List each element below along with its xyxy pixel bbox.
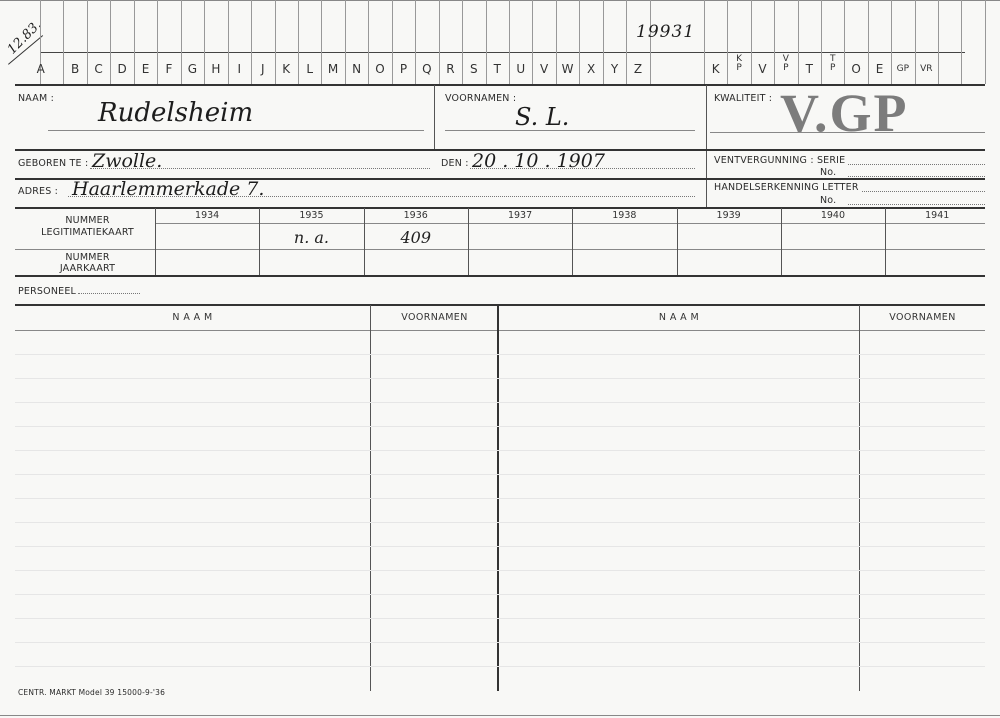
alphabet-tab-u[interactable]: U: [509, 58, 532, 80]
alphabet-tab-r[interactable]: R: [439, 58, 462, 80]
geboren-line: [90, 168, 430, 169]
card-number: 19931: [636, 22, 695, 42]
jaarkaart-label-line1: NUMMER: [20, 252, 155, 263]
legitimatiekaart-1940[interactable]: [781, 228, 885, 250]
col-naam-2: N A A M: [498, 312, 860, 323]
legitimatiekaart-label-line2: LEGITIMATIEKAART: [20, 227, 155, 239]
category-column-line: [938, 0, 939, 84]
serie-line: [848, 164, 985, 165]
personeel-ruled-line: [15, 354, 985, 355]
alphabet-tab-g[interactable]: G: [181, 58, 204, 80]
letter-line: [862, 191, 985, 192]
category-tab-top: E: [868, 58, 891, 80]
alphabet-tab-d[interactable]: D: [110, 58, 133, 80]
top-edge: [0, 0, 1000, 1]
year-header-1936: 1936: [364, 210, 468, 224]
personeel-ruled-line: [15, 570, 985, 571]
voornamen-line: [445, 130, 695, 131]
personeel-ruled-line: [15, 618, 985, 619]
legitimatiekaart-label: NUMMER LEGITIMATIEKAART: [20, 215, 155, 239]
alphabet-tab-h[interactable]: H: [204, 58, 227, 80]
alphabet-tab-p[interactable]: P: [392, 58, 415, 80]
alphabet-tab-o[interactable]: O: [368, 58, 391, 80]
alphabet-tab-b[interactable]: B: [63, 58, 86, 80]
den-label: DEN :: [441, 158, 469, 169]
alphabet-tab-t[interactable]: T: [486, 58, 509, 80]
alphabet-tab-z[interactable]: Z: [626, 58, 649, 80]
alphabet-tab-f[interactable]: F: [157, 58, 180, 80]
alphabet-tab-c[interactable]: C: [87, 58, 110, 80]
category-tab-e[interactable]: E: [868, 58, 891, 80]
row-divider-3: [15, 207, 985, 209]
category-tab-top: VR: [915, 58, 938, 80]
voornamen-value[interactable]: S. L.: [515, 103, 569, 131]
category-tab-top: K: [704, 58, 727, 80]
handelserkenning-no-line: [848, 204, 985, 205]
alphabet-tab-j[interactable]: J: [251, 58, 274, 80]
tab-row-divider: [40, 52, 965, 53]
category-tab-kp[interactable]: KP: [727, 55, 750, 77]
year-header-1940: 1940: [781, 210, 885, 224]
jaarkaart-1940[interactable]: [781, 252, 885, 274]
personeel-line: [78, 293, 140, 294]
alphabet-tab-i[interactable]: I: [228, 58, 251, 80]
jaarkaart-1935[interactable]: [259, 252, 363, 274]
kwaliteit-label: KWALITEIT :: [714, 93, 772, 104]
voornamen-label: VOORNAMEN :: [445, 93, 516, 104]
legitimatiekaart-1939[interactable]: [677, 228, 781, 250]
legitimatiekaart-1941[interactable]: [885, 228, 989, 250]
naam-label: NAAM :: [18, 93, 54, 104]
personeel-ruled-line: [15, 378, 985, 379]
jaarkaart-1941[interactable]: [885, 252, 989, 274]
year-header-1935: 1935: [259, 210, 363, 224]
tab-column-line: [650, 0, 651, 84]
legitimatiekaart-1934[interactable]: [155, 228, 259, 250]
personeel-header-bottom: [15, 330, 985, 331]
category-tab-vr[interactable]: VR: [915, 58, 938, 80]
jaarkaart-1938[interactable]: [572, 252, 676, 274]
personeel-ruled-line: [15, 642, 985, 643]
category-tab-bottom: P: [727, 64, 750, 73]
category-tab-bottom: P: [774, 64, 797, 73]
category-tab-gp[interactable]: GP: [891, 58, 914, 80]
category-tab-o[interactable]: O: [844, 58, 867, 80]
legitimatiekaart-1938[interactable]: [572, 228, 676, 250]
personeel-ruled-line: [15, 402, 985, 403]
alphabet-tab-q[interactable]: Q: [415, 58, 438, 80]
adres-line: [68, 196, 695, 197]
category-column-line: [985, 0, 986, 84]
category-tab-v[interactable]: V: [751, 58, 774, 80]
personeel-ruled-line: [15, 450, 985, 451]
legitimatiekaart-label-line1: NUMMER: [20, 215, 155, 227]
alphabet-tab-x[interactable]: X: [579, 58, 602, 80]
category-tab-bottom: P: [821, 64, 844, 73]
jaarkaart-label: NUMMER JAARKAART: [20, 252, 155, 274]
print-info: CENTR. MARKT Model 39 15000-9-'36: [18, 688, 165, 697]
category-column-line: [961, 0, 962, 84]
category-tab-top: V: [751, 58, 774, 80]
adres-label: ADRES :: [18, 186, 58, 197]
personeel-ruled-line: [15, 546, 985, 547]
ventvergunning-no-label: No.: [820, 167, 836, 178]
personeel-ruled-line: [15, 426, 985, 427]
category-tab-top: GP: [891, 58, 914, 80]
alphabet-tab-n[interactable]: N: [345, 58, 368, 80]
personeel-ruled-line: [15, 522, 985, 523]
registry-bottom: [15, 275, 985, 277]
category-tab-top: T: [798, 58, 821, 80]
category-tab-t[interactable]: T: [798, 58, 821, 80]
personeel-ruled-line: [15, 594, 985, 595]
alphabet-tab-w[interactable]: W: [556, 58, 579, 80]
category-tab-top: O: [844, 58, 867, 80]
alphabet-tab-a[interactable]: A: [18, 58, 63, 80]
jaarkaart-1934[interactable]: [155, 252, 259, 274]
ventvergunning-label: VENTVERGUNNING : SERIE: [714, 155, 845, 166]
den-line: [470, 168, 695, 169]
handelserkenning-no-label: No.: [820, 195, 836, 206]
legitimatiekaart-1937[interactable]: [468, 228, 572, 250]
name-divider: [434, 85, 435, 149]
year-header-1937: 1937: [468, 210, 572, 224]
personeel-table-top: [15, 304, 985, 306]
legitimatiekaart-1936[interactable]: 409: [364, 228, 468, 250]
alphabet-tab-v[interactable]: V: [532, 58, 555, 80]
year-header-1934: 1934: [155, 210, 259, 224]
jaarkaart-1937[interactable]: [468, 252, 572, 274]
jaarkaart-1939[interactable]: [677, 252, 781, 274]
kwaliteit-line: [710, 132, 985, 133]
category-tab-vp[interactable]: VP: [774, 55, 797, 77]
personeel-ruled-line: [15, 666, 985, 667]
category-tab-tp[interactable]: TP: [821, 55, 844, 77]
alphabet-tab-l[interactable]: L: [298, 58, 321, 80]
geboren-label: GEBOREN TE :: [18, 158, 88, 169]
right-block-divider: [706, 85, 707, 207]
registration-card: 12.83. ABCDEFGHIJKLMNOPQRSTUVWXYZ 19931 …: [0, 0, 1000, 718]
ventvergunning-no-line: [848, 176, 985, 177]
alphabet-tab-k[interactable]: K: [275, 58, 298, 80]
personeel-label: PERSONEEL: [18, 286, 76, 297]
alphabet-tab-y[interactable]: Y: [603, 58, 626, 80]
year-header-1941: 1941: [885, 210, 989, 224]
kwaliteit-stamp: V.GP: [780, 82, 909, 144]
jaarkaart-label-line2: JAARKAART: [20, 263, 155, 274]
col-naam-1: N A A M: [15, 312, 370, 323]
jaarkaart-1936[interactable]: [364, 252, 468, 274]
alphabet-tab-e[interactable]: E: [134, 58, 157, 80]
personeel-ruled-line: [15, 498, 985, 499]
naam-line: [48, 130, 424, 131]
col-voornamen-1: VOORNAMEN: [371, 312, 498, 323]
alphabet-tab-s[interactable]: S: [462, 58, 485, 80]
legitimatiekaart-1935[interactable]: n. a.: [259, 228, 363, 250]
year-header-1939: 1939: [677, 210, 781, 224]
alphabet-tab-m[interactable]: M: [321, 58, 344, 80]
handelserkenning-label: HANDELSERKENNING LETTER: [714, 182, 859, 193]
naam-value[interactable]: Rudelsheim: [98, 98, 253, 128]
category-tab-k[interactable]: K: [704, 58, 727, 80]
bottom-edge: [0, 715, 1000, 716]
year-header-1938: 1938: [572, 210, 676, 224]
col-voornamen-2: VOORNAMEN: [860, 312, 985, 323]
personeel-ruled-line: [15, 474, 985, 475]
